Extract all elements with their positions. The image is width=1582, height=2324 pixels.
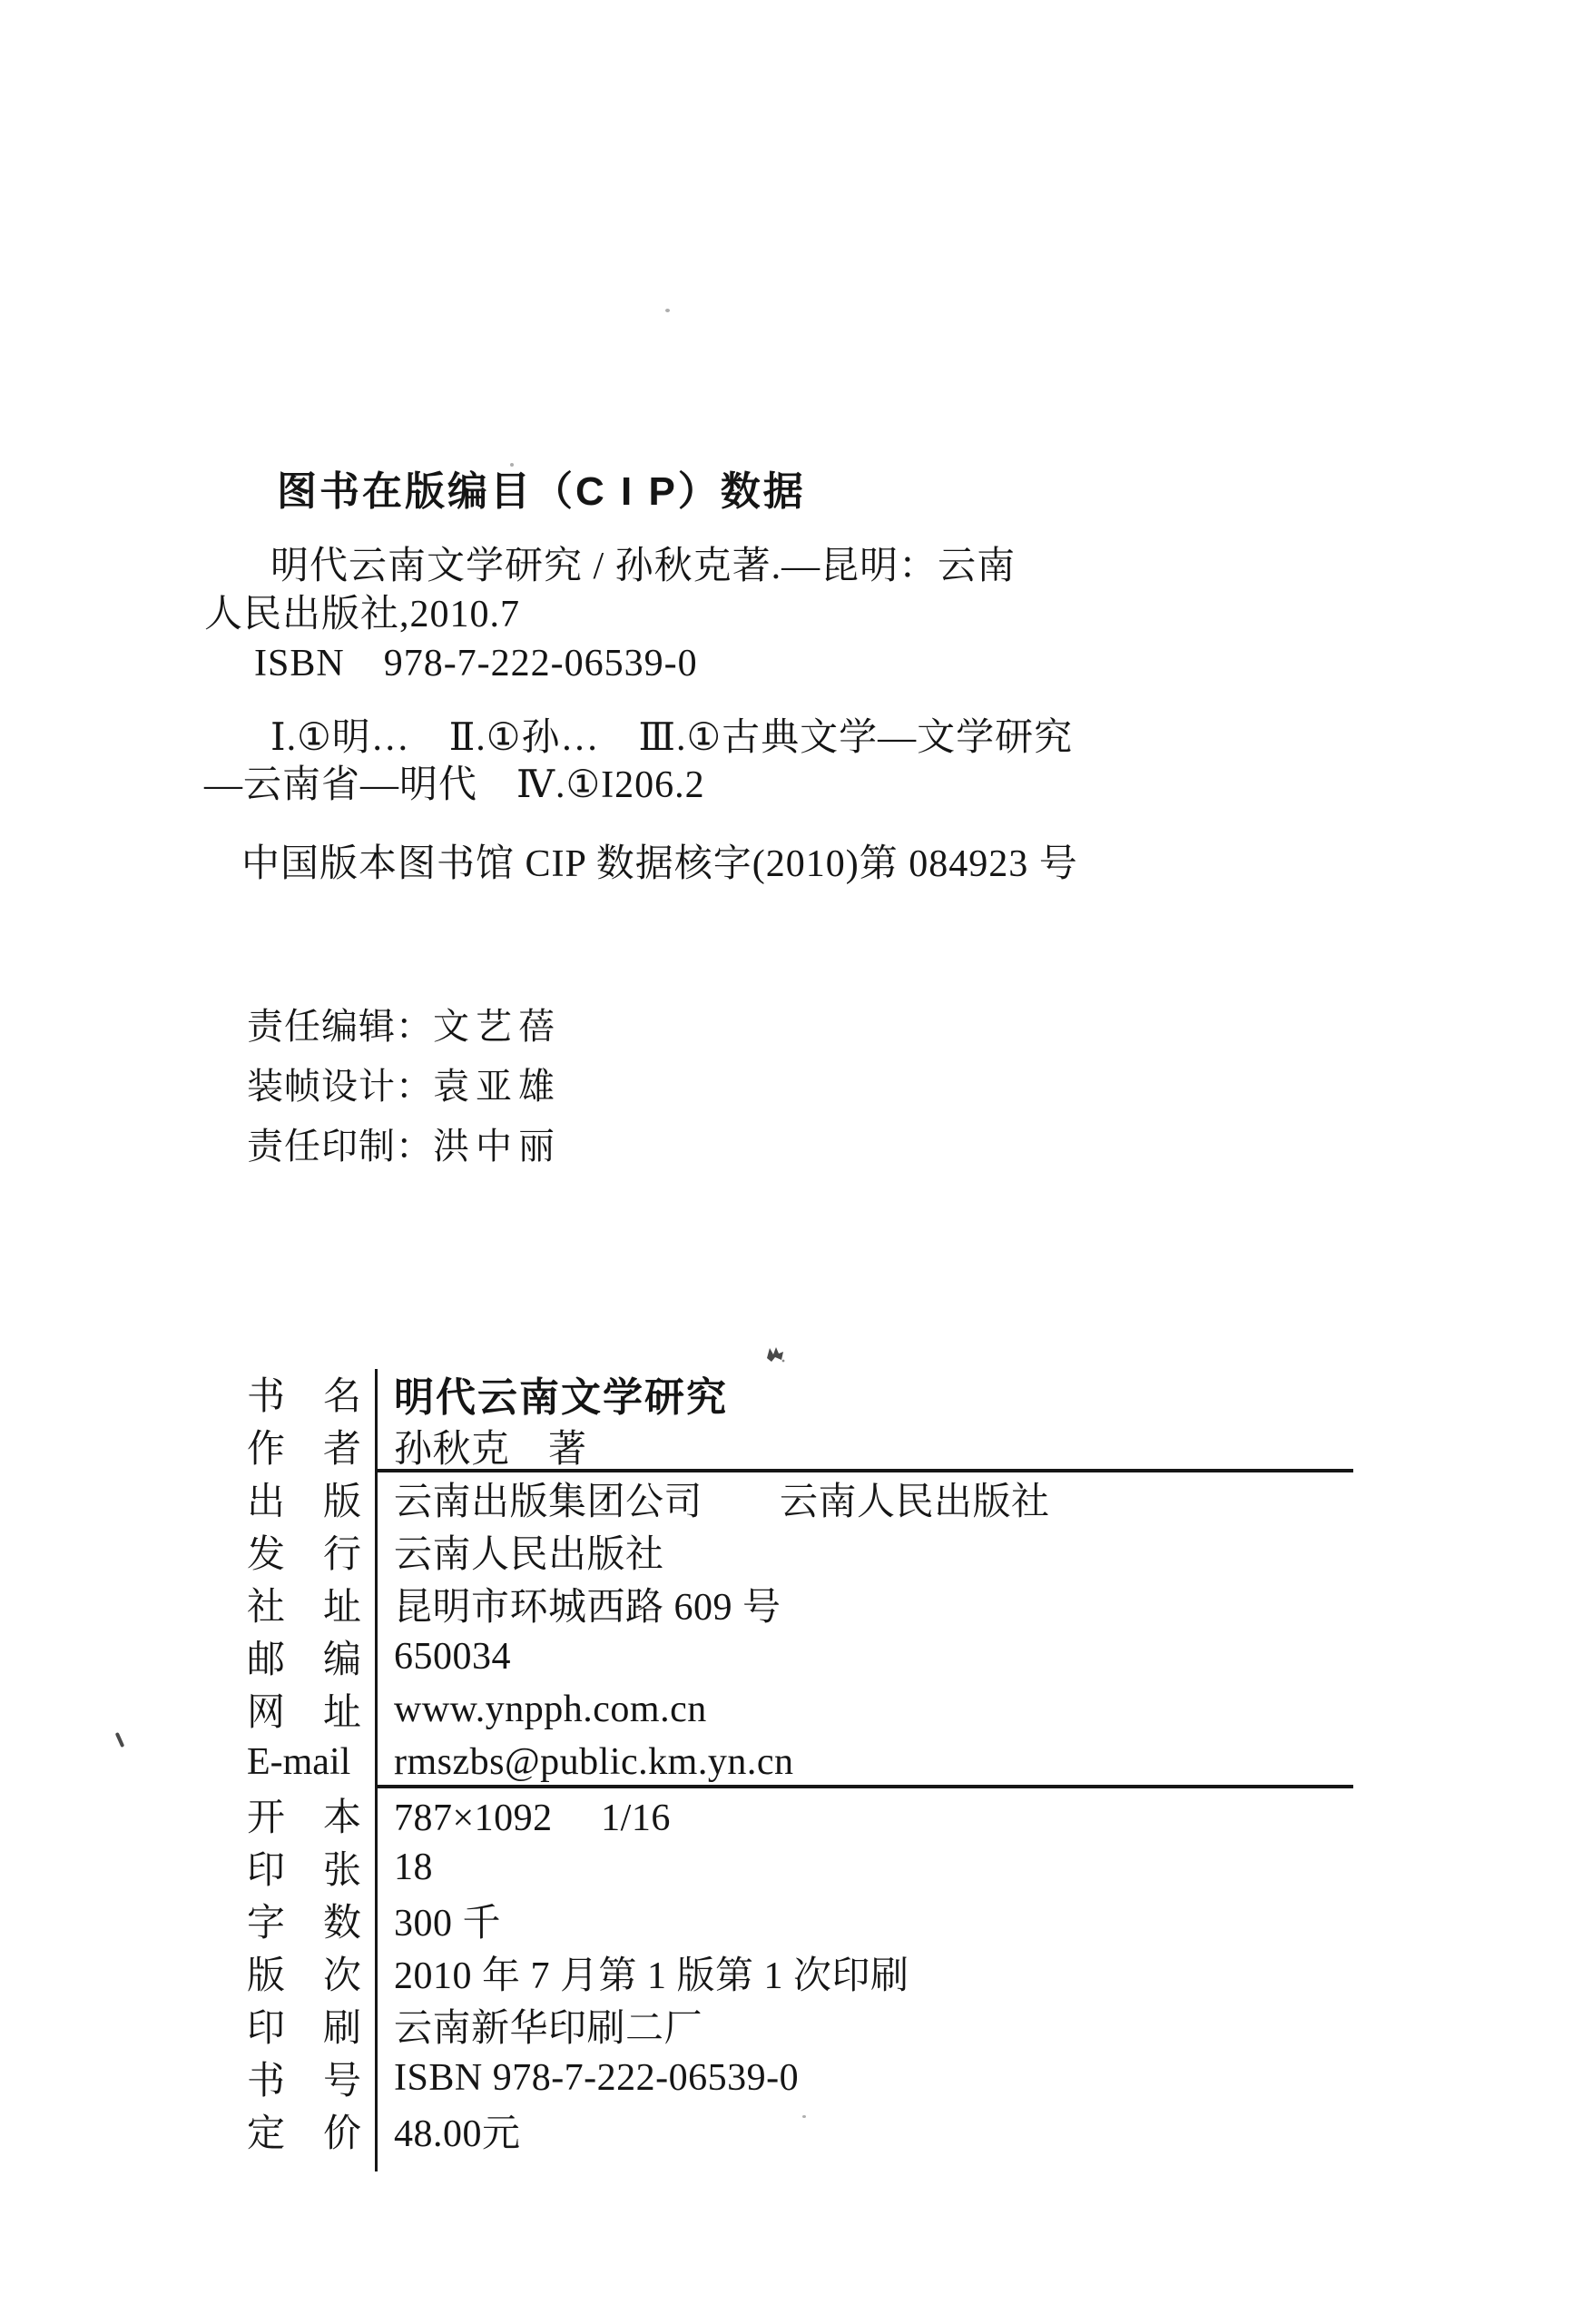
staff-label: 责任编辑： bbox=[247, 998, 433, 1049]
colophon-row-postcode: 邮 编 650034 bbox=[247, 1630, 1050, 1683]
dust-speck bbox=[802, 2115, 806, 2118]
staff-row-designer: 装帧设计： 袁亚雄 bbox=[247, 1053, 561, 1113]
colophon-row-title: 书 名 明代云南文学研究 bbox=[247, 1367, 1050, 1420]
cip-record-number-line: 中国版本图书馆 CIP 数据核字(2010)第 084923 号 bbox=[241, 833, 1078, 888]
stray-tick-artifact bbox=[115, 1732, 125, 1748]
colophon-row-format: 开 本 787×1092 1/16 bbox=[247, 1788, 1050, 1841]
row-value: ISBN 978-7-222-06539-0 bbox=[394, 2056, 799, 2100]
row-label: E-mail bbox=[247, 1740, 361, 1784]
row-value: 明代云南文学研究 bbox=[394, 1364, 728, 1423]
row-value: 2010 年 7 月第 1 版第 1 次印刷 bbox=[394, 1945, 909, 2000]
colophon-row-isbn: 书 号 ISBN 978-7-222-06539-0 bbox=[247, 2052, 1050, 2104]
colophon-row-website: 网 址 www.ynpph.com.cn bbox=[247, 1683, 1050, 1736]
cip-isbn-line: ISBN 978-7-222-06539-0 bbox=[254, 633, 698, 687]
row-value: 云南新华印刷二厂 bbox=[394, 1998, 703, 2053]
cip-bib-line-1: 明代云南文学研究 / 孙秋克著.—昆明：云南 bbox=[270, 536, 1016, 590]
row-value: 300 千 bbox=[394, 1893, 501, 1947]
staff-credits: 责任编辑： 文艺蓓 装帧设计： 袁亚雄 责任印制： 洪中丽 bbox=[247, 993, 561, 1173]
row-label: 邮 编 bbox=[247, 1630, 361, 1684]
row-label: 开 本 bbox=[247, 1787, 361, 1842]
ink-smudge-artifact bbox=[764, 1345, 786, 1368]
colophon-row-author: 作 者 孙秋克 著 bbox=[247, 1420, 1050, 1472]
row-value: 48.00元 bbox=[394, 2103, 521, 2158]
colophon-row-address: 社 址 昆明市环城西路 609 号 bbox=[247, 1578, 1050, 1630]
row-value: 787×1092 1/16 bbox=[394, 1787, 671, 1842]
row-label: 字 数 bbox=[247, 1893, 361, 1947]
colophon-row-edition: 版 次 2010 年 7 月第 1 版第 1 次印刷 bbox=[247, 1946, 1050, 1999]
row-label: 书 号 bbox=[247, 2051, 361, 2105]
cip-classification-line-2: —云南省—明代 Ⅳ.①I206.2 bbox=[204, 754, 705, 809]
colophon-row-wordcount: 字 数 300 千 bbox=[247, 1894, 1050, 1946]
row-value: 孙秋克 著 bbox=[394, 1419, 587, 1473]
colophon-row-printer: 印 刷 云南新华印刷二厂 bbox=[247, 1999, 1050, 2052]
staff-label: 责任印制： bbox=[247, 1118, 433, 1169]
row-value: rmszbs@public.km.yn.cn bbox=[394, 1740, 793, 1784]
colophon-row-sheets: 印 张 18 bbox=[247, 1841, 1050, 1894]
colophon-row-email: E-mail rmszbs@public.km.yn.cn bbox=[247, 1736, 1050, 1788]
row-value: www.ynpph.com.cn bbox=[394, 1688, 707, 1731]
row-value: 昆明市环城西路 609 号 bbox=[394, 1577, 781, 1631]
colophon-row-distributor: 发 行 云南人民出版社 bbox=[247, 1525, 1050, 1578]
row-label: 作 者 bbox=[247, 1419, 361, 1473]
cip-bib-line-2: 人民出版社,2010.7 bbox=[204, 584, 520, 638]
staff-value: 洪中丽 bbox=[433, 1118, 561, 1169]
staff-row-printing-supervisor: 责任印制： 洪中丽 bbox=[247, 1113, 561, 1173]
row-label: 社 址 bbox=[247, 1577, 361, 1631]
row-value: 云南人民出版社 bbox=[394, 1524, 664, 1579]
row-label: 网 址 bbox=[247, 1682, 361, 1737]
row-label: 印 刷 bbox=[247, 1998, 361, 2053]
row-label: 书 名 bbox=[247, 1366, 361, 1421]
cip-classification-line-1: Ⅰ.①明… Ⅱ.①孙… Ⅲ.①古典文学—文学研究 bbox=[270, 707, 1073, 762]
colophon-row-publisher: 出 版 云南出版集团公司 云南人民出版社 bbox=[247, 1472, 1050, 1525]
staff-value: 文艺蓓 bbox=[433, 998, 561, 1049]
row-value: 650034 bbox=[394, 1635, 511, 1679]
colophon-row-price: 定 价 48.00元 bbox=[247, 2104, 1050, 2157]
row-label: 定 价 bbox=[247, 2103, 361, 2158]
staff-label: 装帧设计： bbox=[247, 1058, 433, 1109]
row-label: 出 版 bbox=[247, 1472, 361, 1526]
row-value: 18 bbox=[394, 1846, 433, 1889]
row-label: 印 张 bbox=[247, 1840, 361, 1895]
colophon-table: 书 名 明代云南文学研究 作 者 孙秋克 著 出 版 云南出版集团公司 云南人民… bbox=[247, 1367, 1050, 2157]
dust-speck bbox=[510, 463, 514, 467]
row-value: 云南出版集团公司 云南人民出版社 bbox=[394, 1472, 1050, 1526]
cip-header: 图书在版编目（C I P）数据 bbox=[277, 458, 806, 517]
row-label: 版 次 bbox=[247, 1945, 361, 2000]
dust-speck bbox=[665, 309, 670, 312]
copyright-page: 图书在版编目（C I P）数据 明代云南文学研究 / 孙秋克著.—昆明：云南 人… bbox=[0, 0, 1582, 2324]
staff-row-editor: 责任编辑： 文艺蓓 bbox=[247, 993, 561, 1053]
row-label: 发 行 bbox=[247, 1524, 361, 1579]
staff-value: 袁亚雄 bbox=[433, 1058, 561, 1109]
